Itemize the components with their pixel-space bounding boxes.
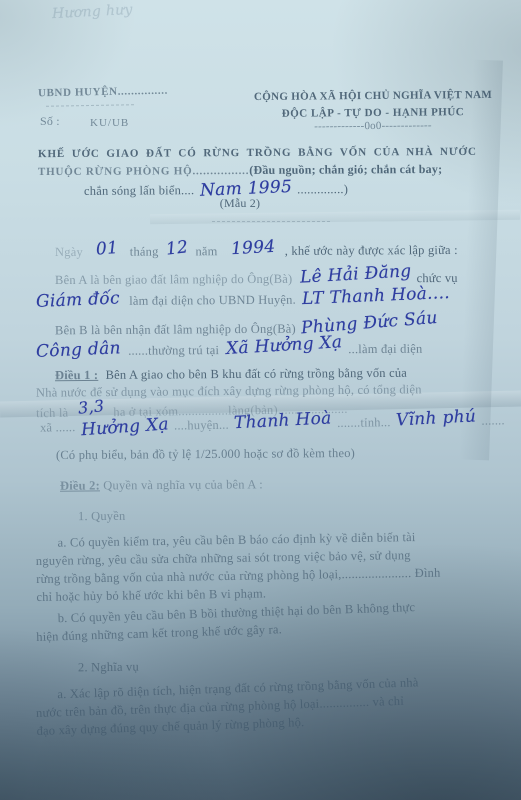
doc-title-line2-bold: THUỘC RỪNG PHÒNG HỘ................ [38,165,249,178]
handwritten-province: Vĩnh phú [395,406,476,430]
handwritten-commune: Hưởng Xạ [80,414,169,440]
article2-heading-label: Điều 2: [60,478,100,493]
doc-number-label: Số : [40,114,60,129]
letterhead-org: UBND HUYỆN............... [38,85,168,100]
party-a-typed1: Bên A là bên giao đất lâm nghiệp do Ông(… [55,272,292,288]
article1-line1: Điều 1 : Bên A giao cho bên B khu đất có… [55,366,407,383]
party-a-typed3: làm đại diện cho UBND Huyện. [129,293,296,309]
rights-paragraph-a: a. Có quyền kiểm tra, yêu cầu bên B báo … [35,528,440,606]
date-word-nam: năm [195,244,217,259]
letterhead-divider [46,104,134,107]
article1-line4-typed1: xã ...... [40,420,76,436]
handwritten-party-b-status: Công dân [36,338,122,362]
rights-paragraph-b: b. Có quyền yêu cầu bên B bồi thường thi… [35,598,416,646]
party-b-line2: Công dân ......thường trú tại Xã Hưởng X… [36,338,423,361]
section1-rights: 1. Quyền [78,509,126,524]
faint-pencil-note: Hương hưy [52,2,133,22]
handwritten-district: Thanh Hoà [234,408,333,433]
article2-heading-rest: Quyền và nghĩa vụ của bên A : [103,477,263,493]
party-b-line1: Bên B là bên nhận đất lâm nghiệp do Ông(… [55,317,438,340]
article1-line4-typed2: ....huyện... [174,418,229,434]
handwritten-party-a-title: Giám đốc [36,288,121,311]
article1-line4-typed4: ....... [481,413,505,428]
doc-title-line2-paren: (Đầu nguồn; chắn gió; chắn cát bay; [249,162,442,178]
national-title: CỘNG HÒA XÃ HỘI CHỦ NGHĨA VIỆT NAM [232,89,514,103]
article1-line4-typed3: .......tỉnh... [337,415,391,431]
article1-heading: Điều 1 : [55,368,98,383]
date-line-tail: , khế ước này được xác lập giữa : [285,243,458,259]
party-a-line2: Giám đốc làm đại diện cho UBND Huyện. LT… [36,288,450,311]
handwritten-area: 3,3 [77,396,105,418]
section2-obligations: 2. Nghĩa vụ [78,660,139,676]
form-number: (Mẫu 2) [0,196,480,211]
article2-heading: Điều 2: Quyền và nghĩa vụ của bên A : [60,477,263,493]
crease-shadow [150,210,520,225]
map-note: (Có phụ biểu, bản đồ tỷ lệ 1/25.000 hoặc… [56,446,355,463]
handwritten-party-a-name: Lê Hải Đăng [299,261,412,287]
date-word-ngay: Ngày [55,245,83,260]
handwritten-day: 01 [95,238,119,260]
handwritten-year: 1994 [230,237,276,260]
handwritten-month: 12 [165,237,189,259]
motto-divider: -------------0o0------------- [232,119,514,133]
article1-line1-text: Bên A giao cho bên B khu đất có rừng trồ… [106,366,408,383]
doc-title-line2: THUỘC RỪNG PHÒNG HỘ................(Đầu … [38,162,442,179]
party-b-typed1: Bên B là bên nhận đất lâm nghiệp do Ông(… [55,322,296,339]
title-divider [212,221,330,222]
obligations-paragraph-a: a. Xác lập rõ diện tích, hiện trạng đất … [35,673,420,740]
party-b-typed3: ...làm đại diện [348,342,422,358]
doc-number-value: KU/UB [90,117,129,129]
document-photo: Hương hưy UBND HUYỆN............... Số :… [0,0,521,800]
national-motto: ĐỘC LẬP - TỰ DO - HẠNH PHÚC [232,106,514,120]
doc-title-line1: KHẾ ƯỚC GIAO ĐẤT CÓ RỪNG TRỒNG BẰNG VỐN … [38,146,477,160]
party-b-typed2: ......thường trú tại [128,343,219,359]
date-word-thang: tháng [130,245,159,260]
date-line: Ngày 01 tháng 12 năm 1994 , khế ước này … [55,239,458,261]
